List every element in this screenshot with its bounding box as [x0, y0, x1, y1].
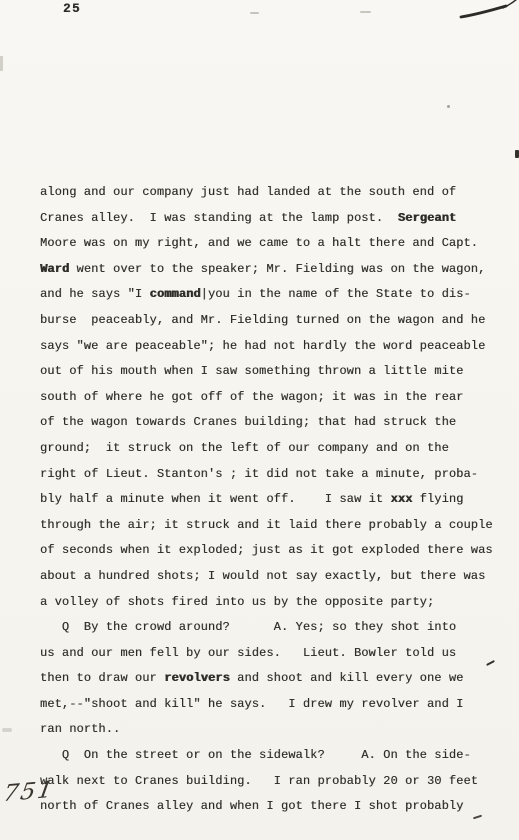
- page-number: 25: [63, 2, 81, 16]
- text-line: burse peaceably, and Mr. Fielding turned…: [40, 308, 511, 334]
- scan-speck: [250, 12, 259, 14]
- pen-stroke-top-right-icon: [457, 0, 519, 24]
- text-line: ground; it struck on the left of our com…: [40, 436, 511, 462]
- scan-speck: [360, 11, 371, 13]
- text-line: about a hundred shots; I would not say e…: [40, 564, 511, 590]
- text-line: met,--"shoot and kill" he says. I drew m…: [40, 692, 511, 718]
- text-line: Ward went over to the speaker; Mr. Field…: [40, 257, 511, 283]
- text-line: of the wagon towards Cranes building; th…: [40, 410, 511, 436]
- text-line: Q On the street or on the sidewalk? A. O…: [40, 743, 511, 769]
- text-line: north of Cranes alley and when I got the…: [40, 794, 511, 820]
- text-line: us and our men fell by our sides. Lieut.…: [40, 641, 511, 667]
- scan-speck: [447, 105, 450, 108]
- text-line: along and our company just had landed at…: [40, 180, 511, 206]
- text-line: Moore was on my right, and we came to a …: [40, 231, 511, 257]
- text-line: through the air; it struck and it laid t…: [40, 513, 511, 539]
- text-line: out of his mouth when I saw something th…: [40, 359, 511, 385]
- text-line: bly half a minute when it went off. I sa…: [40, 487, 511, 513]
- pen-tick-icon: [515, 150, 519, 158]
- text-line: says "we are peaceable"; he had not hard…: [40, 334, 511, 360]
- scan-speck: [2, 728, 12, 732]
- text-line: of seconds when it exploded; just as it …: [40, 538, 511, 564]
- document-page: 25 along and our company just had landed…: [0, 0, 519, 840]
- text-line: ran north..: [40, 717, 511, 743]
- text-line: and he says "I command|you in the name o…: [40, 282, 511, 308]
- text-line: right of Lieut. Stanton's ; it did not t…: [40, 462, 511, 488]
- text-line: a volley of shots fired into us by the o…: [40, 590, 511, 616]
- handwritten-margin-number: 751: [1, 777, 56, 807]
- scan-speck: [0, 56, 3, 71]
- text-line: south of where he got off of the wagon; …: [40, 385, 511, 411]
- text-line: Q By the crowd around? A. Yes; so they s…: [40, 615, 511, 641]
- text-line: walk next to Cranes building. I ran prob…: [40, 769, 511, 795]
- text-line: then to draw our revolvers and shoot and…: [40, 666, 511, 692]
- typewritten-text: along and our company just had landed at…: [40, 180, 511, 820]
- text-line: Cranes alley. I was standing at the lamp…: [40, 206, 511, 232]
